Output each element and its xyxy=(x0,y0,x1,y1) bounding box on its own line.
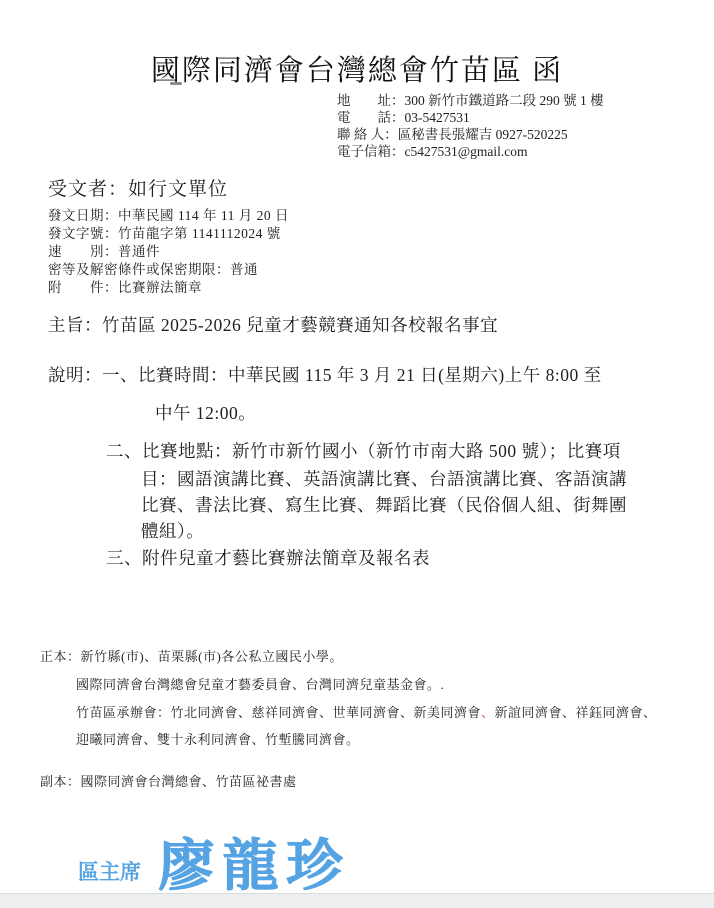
document-title: 國際同濟會台灣總會竹苗區 函 xyxy=(0,48,714,89)
security-classification-line: 密等及解密條件或保密期限：普通 xyxy=(48,258,258,278)
recipient-line: 受文者：如行文單位 xyxy=(48,174,228,201)
contact-email: 電子信箱：c5427531@gmail.com xyxy=(337,143,604,160)
contact-address: 地 址：300 新竹市鐵道路二段 290 號 1 樓 xyxy=(337,92,604,109)
red-enumeration-mark: 、 xyxy=(481,705,495,720)
signer-name-signature: 廖龍珍 xyxy=(158,822,350,902)
contact-person: 聯 絡 人：區秘書長張耀吉 0927-520225 xyxy=(337,126,604,143)
explanation-item2-line3: 比賽、書法比賽、寫生比賽、舞蹈比賽（民俗個人組、街舞團 xyxy=(141,492,627,517)
issue-date-line: 發文日期：中華民國 114 年 11 月 20 日 xyxy=(48,204,289,224)
carbon-copy-line: 副本：國際同濟會台灣總會、竹苗區祕書處 xyxy=(40,771,297,790)
official-letter-page: 國際同濟會台灣總會竹苗區 函 地 址：300 新竹市鐵道路二段 290 號 1 … xyxy=(0,0,714,908)
original-recipients-line1: 正本：新竹縣(市)、苗栗縣(市)各公私立國民小學。 xyxy=(40,646,343,665)
organizing-clubs-part2: 新誼同濟會、祥鈺同濟會、 xyxy=(495,705,657,720)
explanation-item1-line1: 說明：一、比賽時間：中華民國 115 年 3 月 21 日(星期六)上午 8:0… xyxy=(48,362,602,387)
explanation-item2-line2: 目：國語演講比賽、英語演講比賽、台語演講比賽、客語演講 xyxy=(141,466,627,491)
organizing-clubs-part1: 竹苗區承辦會：竹北同濟會、慈祥同濟會、世華同濟會、新美同濟會 xyxy=(76,705,481,720)
explanation-item2-line1: 二、比賽地點：新竹市新竹國小（新竹市南大路 500 號）；比賽項 xyxy=(106,438,621,463)
explanation-item3: 三、附件兒童才藝比賽辦法簡章及報名表 xyxy=(106,545,430,570)
attachment-line: 附 件：比賽辦法簡章 xyxy=(48,276,202,296)
subject-line: 主旨：竹苗區 2025-2026 兒童才藝競賽通知各校報名事宜 xyxy=(48,312,498,337)
original-recipients-line3: 竹苗區承辦會：竹北同濟會、慈祥同濟會、世華同濟會、新美同濟會、新誼同濟會、祥鈺同… xyxy=(76,702,657,721)
reference-number-line: 發文字號：竹苗龍字第 1141112024 號 xyxy=(48,222,281,242)
original-recipients-line2: 國際同濟會台灣總會兒童才藝委員會、台灣同濟兒童基金會。. xyxy=(76,674,444,693)
signer-title: 區主席 xyxy=(78,856,141,886)
original-recipients-line4: 迎曦同濟會、雙十永利同濟會、竹塹騰同濟會。 xyxy=(76,729,360,748)
priority-line: 速 別：普通件 xyxy=(48,240,160,260)
scan-bottom-edge xyxy=(0,893,714,908)
sender-contact-block: 地 址：300 新竹市鐵道路二段 290 號 1 樓 電 話：03-542753… xyxy=(337,92,604,160)
explanation-item2-line4: 體組）。 xyxy=(141,518,204,543)
explanation-item1-line2: 中午 12:00。 xyxy=(155,400,256,425)
scan-artifact-dash xyxy=(170,82,182,85)
contact-phone: 電 話：03-5427531 xyxy=(337,109,604,126)
